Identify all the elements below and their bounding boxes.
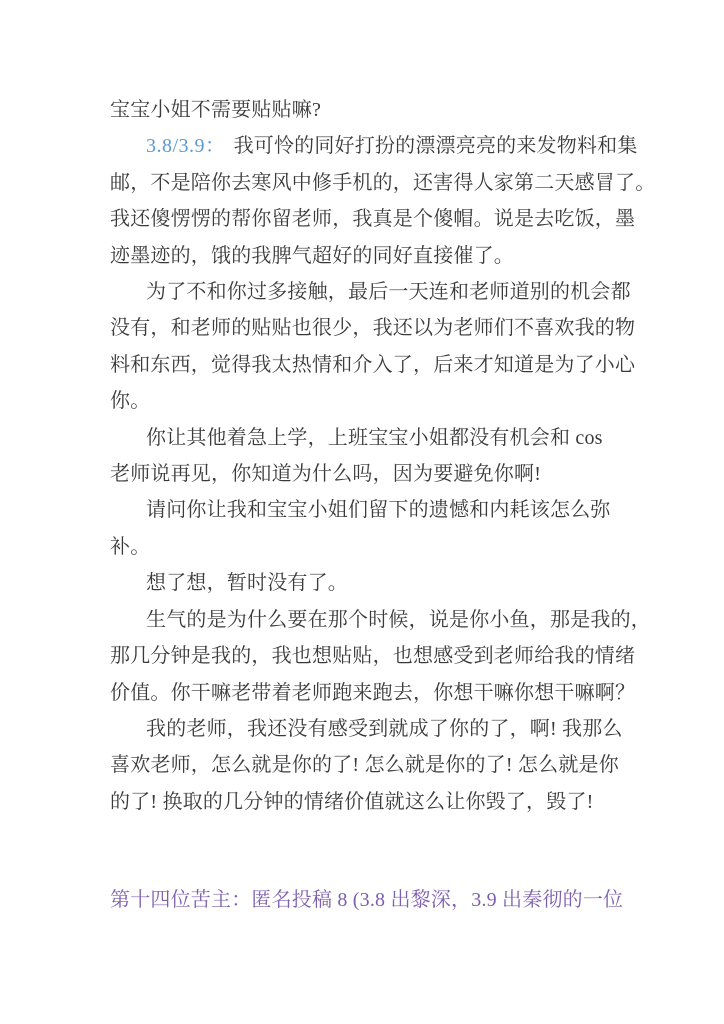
document-page: 宝宝小姐不需要贴贴嘛? 3.8/3.9：我可怜的同好打扮的漂漂亮亮的来发物料和集… <box>0 0 724 1024</box>
body-line: 想了想，暂时没有了。 <box>110 565 632 601</box>
body-line: 料和东西，觉得我太热情和介入了，后来才知道是为了小心 <box>110 347 632 383</box>
body-line-text: 我可怜的同好打扮的漂漂亮亮的来发物料和集 <box>234 135 638 157</box>
body-line: 那几分钟是我的，我也想贴贴，也想感受到老师给我的情绪 <box>110 638 632 674</box>
body-line: 生气的是为什么要在那个时候，说是你小鱼，那是我的， <box>110 602 632 638</box>
footer-line: 第十四位苦主：匿名投稿 8 (3.8 出黎深，3.9 出秦彻的一位 <box>110 882 632 918</box>
body-line: 3.8/3.9：我可怜的同好打扮的漂漂亮亮的来发物料和集 <box>110 128 632 164</box>
body-line: 喜欢老师，怎么就是你的了! 怎么就是你的了! 怎么就是你 <box>110 747 632 783</box>
body-line: 我还傻愣愣的帮你留老师，我真是个傻帽。说是去吃饭，墨 <box>110 201 632 237</box>
body-line: 价值。你干嘛老带着老师跑来跑去，你想干嘛你想干嘛啊？ <box>110 675 632 711</box>
body-line: 的了! 换取的几分钟的情绪价值就这么让你毁了，毁了! <box>110 784 632 820</box>
body-line: 宝宝小姐不需要贴贴嘛? <box>110 92 632 128</box>
article-body: 宝宝小姐不需要贴贴嘛? 3.8/3.9：我可怜的同好打扮的漂漂亮亮的来发物料和集… <box>110 92 632 919</box>
body-line: 请问你让我和宝宝小姐们留下的遗憾和内耗该怎么弥 <box>110 492 632 528</box>
body-line: 没有，和老师的贴贴也很少，我还以为老师们不喜欢我的物 <box>110 310 632 346</box>
body-line: 你。 <box>110 383 632 419</box>
body-line: 我的老师，我还没有感受到就成了你的了，啊! 我那么 <box>110 711 632 747</box>
body-line: 迹墨迹的，饿的我脾气超好的同好直接催了。 <box>110 238 632 274</box>
body-line: 老师说再见，你知道为什么吗，因为要避免你啊! <box>110 456 632 492</box>
body-line: 邮，不是陪你去寒风中修手机的，还害得人家第二天感冒了。 <box>110 165 632 201</box>
date-highlight: 3.8/3.9： <box>146 135 226 157</box>
body-line: 你让其他着急上学，上班宝宝小姐都没有机会和 cos <box>110 420 632 456</box>
body-line: 为了不和你过多接触，最后一天连和老师道别的机会都 <box>110 274 632 310</box>
body-line: 补。 <box>110 529 632 565</box>
